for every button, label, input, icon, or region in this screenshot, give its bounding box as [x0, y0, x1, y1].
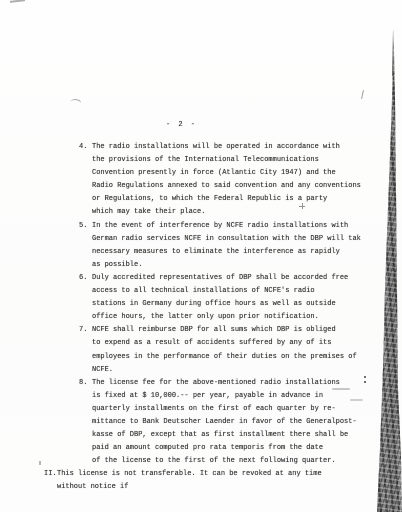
- scan-artifact-top-left-dash: [10, 0, 25, 3]
- clause-text: The radio installations will be operated…: [92, 141, 374, 220]
- clause-number: 5.: [79, 220, 92, 233]
- license-clause-7: 7. NCFE shall reimburse DBP for all sums…: [79, 324, 374, 376]
- text-line: is fixed at $ 10,000.-- per year, payabl…: [92, 390, 374, 403]
- scan-artifact-left-tick: [39, 461, 41, 465]
- section-number: II.: [44, 468, 57, 481]
- clause-text: The license fee for the above-mentioned …: [92, 377, 374, 469]
- license-clause-6: 6. Duly accredited representatives of DB…: [79, 272, 374, 324]
- text-line: kasse of DBP, except that as first insta…: [92, 429, 374, 442]
- text-line: quarterly installments on the first of e…: [92, 403, 374, 416]
- clause-number: 7.: [79, 324, 92, 337]
- scan-artifact-dots: [364, 376, 366, 383]
- text-line: Convention presently in force (Atlantic …: [92, 167, 374, 180]
- license-clause-8: 8. The license fee for the above-mention…: [79, 377, 374, 469]
- text-line: access to all technical installations of…: [92, 285, 374, 298]
- text-line: NCFE.: [92, 364, 374, 377]
- page-number: - 2 -: [166, 119, 197, 132]
- text-line: German radio services NCFE in consultati…: [92, 233, 374, 246]
- text-line: as possible.: [92, 259, 374, 272]
- document-body: 4. The radio installations will be opera…: [44, 141, 374, 495]
- text-line: In the event of interference by NCFE rad…: [92, 220, 374, 233]
- scan-artifact-dash: [350, 399, 363, 401]
- text-line: stations in Germany during office hours …: [92, 298, 374, 311]
- text-line: Duly accredited representatives of DBP s…: [92, 272, 374, 285]
- scan-artifact-dash: [332, 388, 350, 390]
- text-line: or Regulations, to which the Federal Rep…: [92, 193, 374, 206]
- text-line: mittance to Bank Deutscher Laender in fa…: [92, 416, 374, 429]
- text-line: without notice if: [57, 481, 374, 494]
- section-text: This license is not transferable. It can…: [57, 468, 374, 494]
- clause-text: NCFE shall reimburse DBP for all sums wh…: [92, 324, 374, 376]
- text-line: The radio installations will be operated…: [92, 141, 374, 154]
- clause-number: 4.: [79, 141, 92, 154]
- text-line: NCFE shall reimburse DBP for all sums wh…: [92, 324, 374, 337]
- scan-artifact-pencil-squiggle: [69, 98, 82, 108]
- section-ii: II. This license is not transferable. It…: [44, 468, 374, 494]
- license-clause-4: 4. The radio installations will be opera…: [79, 141, 374, 220]
- clause-text: In the event of interference by NCFE rad…: [92, 220, 374, 272]
- text-line: Radio Regulations annexed to said conven…: [92, 180, 374, 193]
- text-line: employees in the performance of their du…: [92, 351, 374, 364]
- clause-number: 6.: [79, 272, 92, 285]
- text-line: This license is not transferable. It can…: [57, 468, 374, 481]
- text-line: necessary measures to eliminate the inte…: [92, 246, 374, 259]
- clause-text: Duly accredited representatives of DBP s…: [92, 272, 374, 324]
- text-line: to expend as a result of accidents suffe…: [92, 337, 374, 350]
- clause-number: 8.: [79, 377, 92, 390]
- scan-artifact-tick: [361, 90, 364, 99]
- text-line: office hours, the latter only upon prior…: [92, 311, 374, 324]
- scan-edge-hairline: [392, 30, 393, 76]
- scan-artifact-plus-mark: [299, 203, 305, 209]
- scanned-document-page: - 2 - 4. The radio installations will be…: [0, 0, 402, 512]
- text-line: of the license to the first of the next …: [92, 455, 374, 468]
- text-line: paid an amount computed pro rata tempori…: [92, 442, 374, 455]
- text-line: the provisions of the International Tele…: [92, 154, 374, 167]
- text-line: which may take their place.: [92, 206, 374, 219]
- license-clause-5: 5. In the event of interference by NCFE …: [79, 220, 374, 272]
